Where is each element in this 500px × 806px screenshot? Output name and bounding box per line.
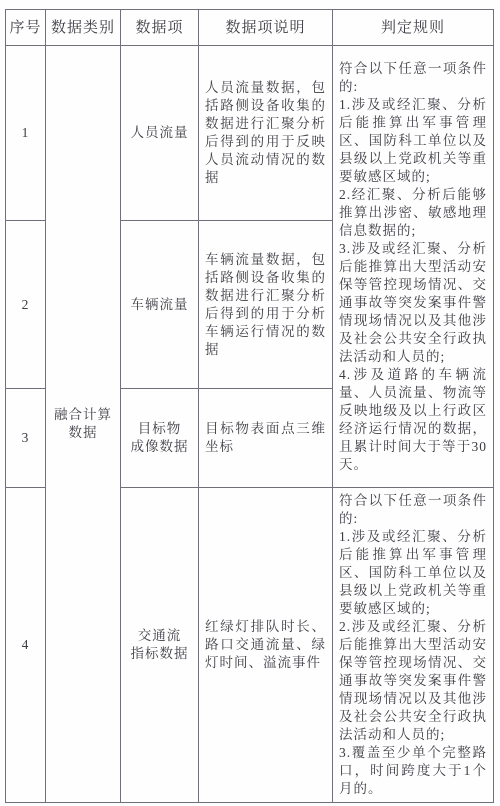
rule-cell-row-4: 符合以下任意一项条件的: 1.涉及或经汇聚、分析后能推算出军事管理区、国防科工单…	[333, 488, 494, 803]
item-cell: 人员流量	[121, 46, 199, 221]
description-cell: 人员流量数据，包括路侧设备收集的数据进行汇聚分析后得到的用于反映人员流动情况的数…	[199, 46, 333, 221]
item-cell: 交通流 指标数据	[121, 488, 199, 803]
description-cell: 红绿灯排队时长、路口交通流量、绿灯时间、溢流事件	[199, 488, 333, 803]
category-cell: 融合计算 数据	[46, 46, 121, 803]
item-cell: 车辆流量	[121, 221, 199, 389]
row-number: 4	[6, 488, 46, 803]
description-cell: 车辆流量数据，包括路侧设备收集的数据进行汇聚分析后得到的用于分析车辆运行情况的数…	[199, 221, 333, 389]
rule-cell-rows-1-3: 符合以下任意一项条件的: 1.涉及或经汇聚、分析后能推算出军事管理区、国防科工单…	[333, 46, 494, 488]
header-item: 数据项	[121, 10, 199, 46]
data-classification-table: 序号 数据类别 数据项 数据项说明 判定规则 1 融合计算 数据 人员流量 人员…	[5, 9, 494, 803]
item-cell: 目标物 成像数据	[121, 389, 199, 488]
header-category: 数据类别	[46, 10, 121, 46]
header-description: 数据项说明	[199, 10, 333, 46]
row-number: 2	[6, 221, 46, 389]
header-rule: 判定规则	[333, 10, 494, 46]
header-no: 序号	[6, 10, 46, 46]
header-row: 序号 数据类别 数据项 数据项说明 判定规则	[6, 10, 494, 46]
row-number: 3	[6, 389, 46, 488]
row-number: 1	[6, 46, 46, 221]
description-cell: 目标物表面点三维坐标	[199, 389, 333, 488]
table-row: 1 融合计算 数据 人员流量 人员流量数据，包括路侧设备收集的数据进行汇聚分析后…	[6, 46, 494, 221]
